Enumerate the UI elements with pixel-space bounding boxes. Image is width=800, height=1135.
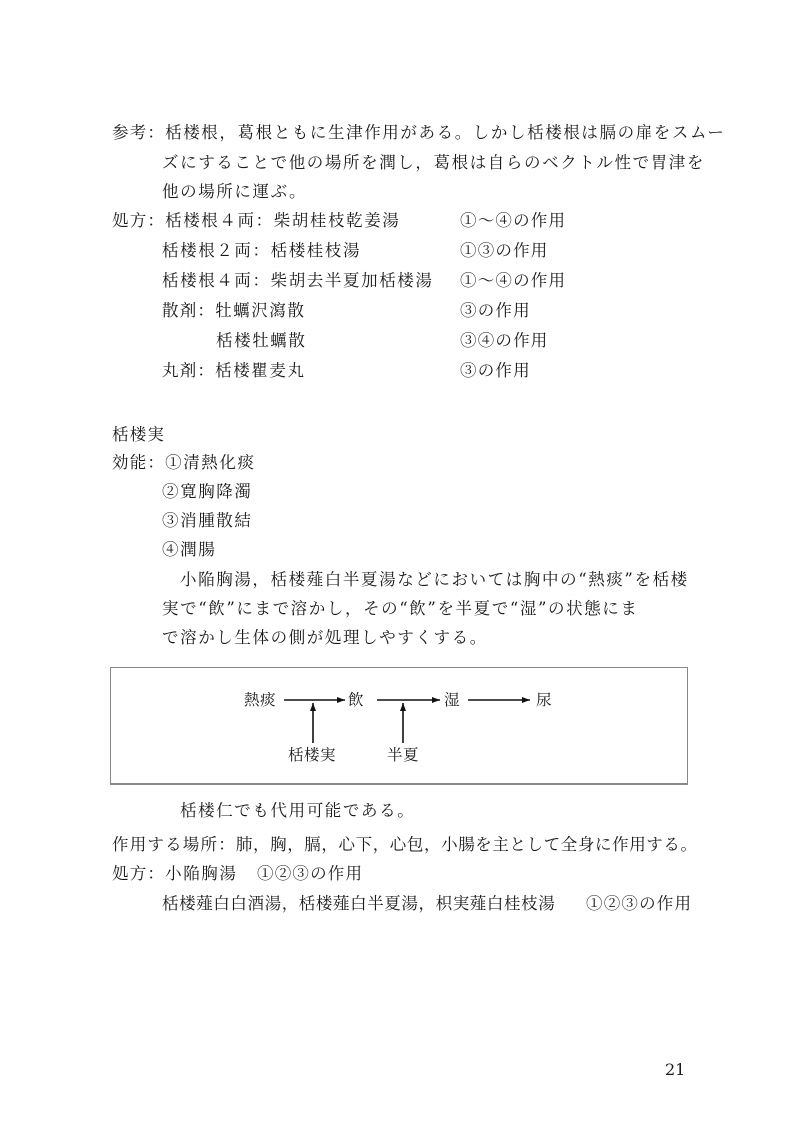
substitute-note: 栝楼仁でも代用可能である。 <box>180 801 415 821</box>
fruit-prescription-label: 処方： <box>112 864 165 883</box>
action-site-row: 作用する場所：肺，胸，膈，心下，心包，小腸を主として全身に作用する。 <box>112 835 698 855</box>
action-site-label: 作用する場所： <box>112 835 236 854</box>
fruit-prescription-effect: ①②③の作用 <box>586 894 692 914</box>
fruit-prescription-row: 処方：小陥胸湯 <box>112 864 238 884</box>
diagram-arrows <box>0 0 800 1135</box>
document-page: 参考：栝楼根，葛根ともに生津作用がある。しかし栝楼根は膈の扉をスムー ズにするこ… <box>0 0 800 1135</box>
fruit-prescription-row: 栝楼薤白白酒湯，栝楼薤白半夏湯，枳実薤白桂枝湯 <box>162 894 555 914</box>
fruit-prescription-effect: ①②③の作用 <box>257 864 363 884</box>
page-number: 21 <box>665 1060 685 1079</box>
